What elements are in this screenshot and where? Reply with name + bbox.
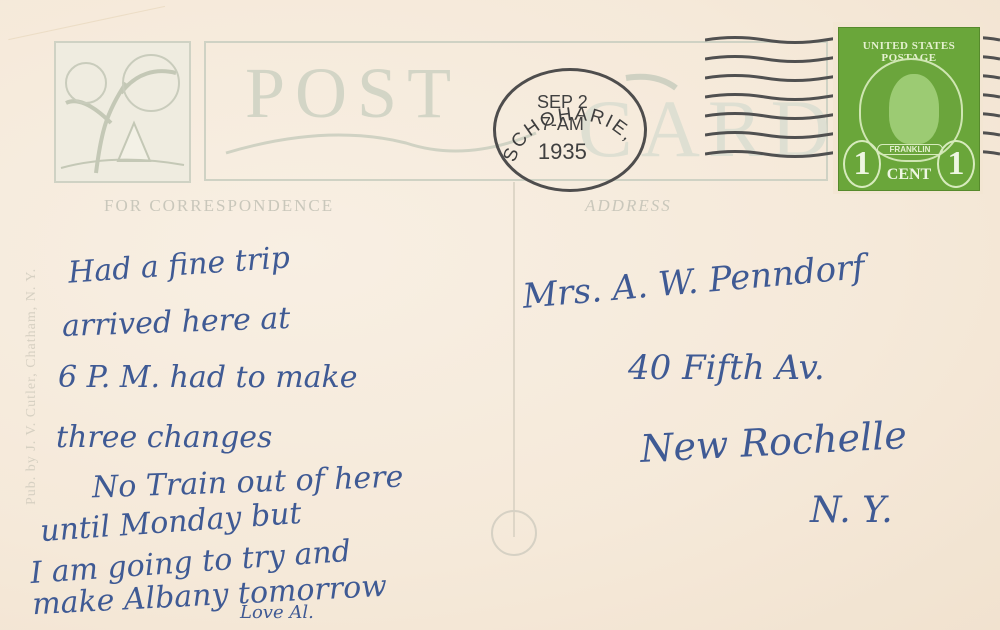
postcard-back: POST CARD FOR CORRESPONDENCE ADDRESS Pub…	[0, 0, 1000, 630]
postmark-year: 1935	[537, 141, 588, 163]
address-line: New Rochelle	[639, 413, 908, 471]
postage-stamp: UNITED STATES POSTAGE FRANKLIN 1 1 CENT	[833, 22, 983, 194]
correspondence-label: FOR CORRESPONDENCE	[104, 196, 334, 216]
paper-crease	[0, 0, 165, 40]
franklin-portrait-icon	[889, 74, 939, 144]
postmark-time: 7-AM	[537, 113, 588, 135]
address-label: ADDRESS	[585, 196, 672, 216]
address-line: 40 Fifth Av.	[628, 348, 825, 388]
message-line: arrived here at	[61, 301, 290, 344]
message-line: 6 P. M. had to make	[58, 360, 357, 395]
message-line: three changes	[56, 420, 272, 455]
message-signature: Love Al.	[240, 602, 314, 623]
address-line: Mrs. A. W. Penndorf	[521, 247, 866, 317]
postmark-date: SEP 2 7-AM 1935	[537, 91, 588, 163]
postmark-day: SEP 2	[537, 91, 588, 113]
publisher-emblem-icon	[491, 510, 537, 556]
center-divider	[513, 182, 515, 537]
stamp-denomination-text: CENT	[875, 166, 943, 184]
postmark: SCHOHARIE, N.Y. SEP 2 7-AM 1935	[493, 68, 645, 190]
address-line: N. Y.	[810, 490, 893, 531]
message-line: Had a fine trip	[67, 240, 291, 290]
stamp-portrait-name: FRANKLIN	[877, 144, 943, 155]
tree-house-vignette-icon	[54, 41, 191, 183]
post-title: POST	[245, 52, 461, 135]
publisher-credit: Pub. by J. V. Cutler, Chatham, N. Y.	[24, 268, 40, 505]
